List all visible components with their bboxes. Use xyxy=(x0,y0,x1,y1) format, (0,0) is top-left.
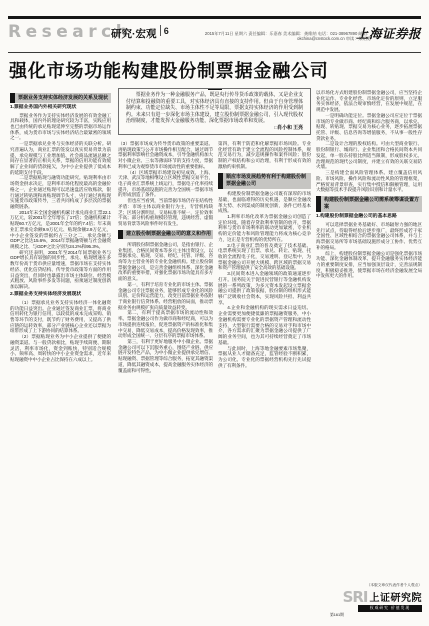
section-label: 研究·宏观 xyxy=(111,26,157,41)
subheading: 2.票据业务支持实体经济发展现状 xyxy=(10,292,111,298)
intro-tick-mark xyxy=(208,88,222,90)
section-marker-icon xyxy=(218,173,223,189)
paragraph: 可以选择票据业务基础好、市场辐射力强的地区先行试点，待取得经验后逐步推广，最终形… xyxy=(316,222,422,251)
article-column-1: 票据业务支持实体经济发展的关系及现状1.票据业务国内外相关研究现状票据业务作为支… xyxy=(10,90,111,618)
masthead-logo: 上海证券报 xyxy=(356,24,421,42)
paragraph: （1）票据承兑业务支持实体经济一体化融资的功能日益突出。企业通过签发商业汇票，将… xyxy=(10,300,111,334)
section-title: 建立股份制票据金融公司的意义和作用 xyxy=(126,230,213,240)
paragraph: （3）票据市场成为传导货币政策的重要渠道。再贴现政策与公开市场操作相互配合，通过… xyxy=(118,141,213,170)
section-header-bar: 构建股份制票据金融公司需系统筹谋设置方案 xyxy=(316,196,422,212)
paragraph: 与此同时，上海等地金融要素市场集聚，票据从业人才储备充足，监管经验不断积累，为公… xyxy=(218,346,311,369)
paragraph: （4）区域票据市场建设初见成效。上海、天津、武汉等地相继设立区域性票据交易平台，… xyxy=(118,170,213,199)
paragraph: 第四，有利于防范和化解票据市场风险。专业化经营有助于建立全流程的风险控制体系，规… xyxy=(218,141,311,170)
section-title: 票据业务支持实体经济发展的关系及现状 xyxy=(18,93,110,103)
disclaimer-note: （本版文章仅代表作者个人观点） xyxy=(316,583,422,588)
subheading: 1.构建股份制票据金融公司的基本思路 xyxy=(316,214,422,220)
article-column-3: 第四，有利于防范和化解票据市场风险。专业化经营有助于建立全流程的风险控制体系，规… xyxy=(218,141,311,618)
paragraph: 1.利率市场化改革为票据金融公司创造了定价环境。随着存贷款利率管制的放开，票据利… xyxy=(218,214,311,243)
header-divider-rule xyxy=(8,52,421,53)
institute-name: 上证研究院 xyxy=(370,589,423,604)
page-number-group: 6 xyxy=(160,25,169,36)
paragraph: 以市场化方式组建股份制票据金融公司，应当坚持企业化运作、专业化经营、市场化定价的… xyxy=(316,90,422,113)
section-header-bar: 票据业务支持实体经济发展的关系及现状 xyxy=(10,93,111,103)
article-column-4: 以市场化方式组建股份制票据金融公司，应当坚持企业化运作、专业化经营、市场化定价的… xyxy=(316,90,422,581)
section-marker-icon xyxy=(316,196,321,212)
paragraph: 构建股份制票据金融公司既有深厚的市场基础，也面临难得的历史机遇，是顺应金融改革大… xyxy=(218,191,311,214)
article-intro-box: 票据业务作为一种金融服务产品，既是央行传导货币政策的载体，又是企业支付结算和投融… xyxy=(118,88,311,135)
paragraph: 2.电子商业汇票的普及奠定了技术基础。电票系统实现了出票、承兑、转让、贴现、托收… xyxy=(218,243,311,272)
paragraph: 二是设计合理的股权结构。可由大型商业银行、股份制银行、城商行、企业集团和合格民间… xyxy=(316,141,422,170)
section-header-bar: 顺应市场发展趋势有利于构建股份制票据金融公司 xyxy=(218,173,311,189)
page-number: 6 xyxy=(164,26,169,36)
section-title: 顺应市场发展趋势有利于构建股份制票据金融公司 xyxy=(226,173,311,189)
article-column-2: （3）票据市场成为传导货币政策的重要渠道。再贴现政策与公开市场操作相互配合，通过… xyxy=(118,141,213,618)
section-header-bar: 建立股份制票据金融公司的意义和作用 xyxy=(118,230,213,240)
paragraph: 第三，有利于更好地服务中小微企业。票据金融公司可以下沉服务重心，围绕产业链、供应… xyxy=(118,339,213,373)
page-header: Research 研究·宏观 6 2015年7月11日 星期六 责任编辑：乐嘉春… xyxy=(8,20,421,50)
subheading: 1.票据业务国内外相关研究现状 xyxy=(10,105,111,111)
paragraph: 3.民间资本进入金融领域的政策通道逐步打开。国务院关于促进民营银行等金融机构发展… xyxy=(218,271,311,305)
paragraph: 一是明确功能定位。票据金融公司应定位于票据市场的专业做市商、经纪商和综合服务商，… xyxy=(316,113,422,142)
logo-slogan-bar: 权威研究 价值发现 xyxy=(358,605,422,612)
paragraph: 但也应当看到，当前票据市场仍存在结构性矛盾：市场主体以商业银行为主，专营机构缺乏… xyxy=(118,198,213,227)
divider-bar xyxy=(160,25,161,36)
issue-number: 第161期 xyxy=(316,613,422,618)
section-marker-icon xyxy=(118,230,123,240)
paragraph: 综上，构建股份制票据金融公司是强化票据市场功能、深化金融体制改革、提升金融服务实… xyxy=(316,251,422,280)
paragraph: 第二，有利于提高票据市场的流动性和效率。票据金融公司作为做市商和经纪商，可以为市… xyxy=(118,310,213,339)
newspaper-page: { "colors": { "rule": "#161616", "sectio… xyxy=(0,0,429,626)
paragraph: 二是票据贴现与融资功能研究。贴现利率由市场资金供求决定，是利率市场化程度最高的金… xyxy=(10,175,111,209)
paragraph: 2014年末全国金融机构累计承兑商业汇票22.1万亿元，较2001年全年增长了1… xyxy=(10,210,111,250)
edition-info-line: 2015年7月11日 星期六 责任编辑：乐嘉春 美术编辑：龚维纳 电话：021-… xyxy=(171,31,371,41)
research-institute-logo-block: （本版文章仅代表作者个人观点） SRI 上证研究院 权威研究 价值发现 第161… xyxy=(316,583,422,621)
sri-logo: SRI xyxy=(343,591,368,604)
top-rule xyxy=(8,16,421,19)
paragraph: 所谓股份制票据金融公司，是指由银行、企业集团、合格民间资本等多元主体出资设立，以… xyxy=(118,242,213,282)
author-byline: □肖小和 王亮 xyxy=(270,124,303,131)
section-marker-icon xyxy=(10,93,15,103)
intro-text: 票据业务作为一种金融服务产品，既是央行传导货币政策的载体，又是企业支付结算和投融… xyxy=(126,93,303,126)
paragraph: （2）票据贴现业务为中小企业提供了便捷的融资渠道。与一般贷款相比，贴现手续简便、… xyxy=(10,334,111,363)
paragraph: 票据业务作为支持实体经济发展的有效金融工具和载体，国内外的理论研究较为丰富，实践… xyxy=(10,113,111,142)
paragraph: 一是票据承兑业务与实体经济的关联分析。研究普遍认为，商业汇票的签发以真实贸易背景… xyxy=(10,141,111,175)
paragraph: 三是构建全面风险管理体系。建立覆盖信用风险、市场风险、操作风险和流动性风险的管理… xyxy=(316,170,422,193)
paragraph: 4.企业和金融机构的现实需求日益迫切。企业需要更加便捷低廉的票据融资服务，中小金… xyxy=(218,305,311,345)
paragraph: 第一，有利于培育专业化的市场主体。票据金融公司专注票据业务，能够形成专业化的风险… xyxy=(118,282,213,311)
paragraph: 研究还表明，2001年至2014年间票据业务与GDP增长具有较强的同步性，承兑、… xyxy=(10,250,111,290)
article-headline: 强化市场功能构建股份制票据金融公司 xyxy=(9,57,422,83)
section-title: 构建股份制票据金融公司需系统筹谋设置方案 xyxy=(324,196,422,212)
